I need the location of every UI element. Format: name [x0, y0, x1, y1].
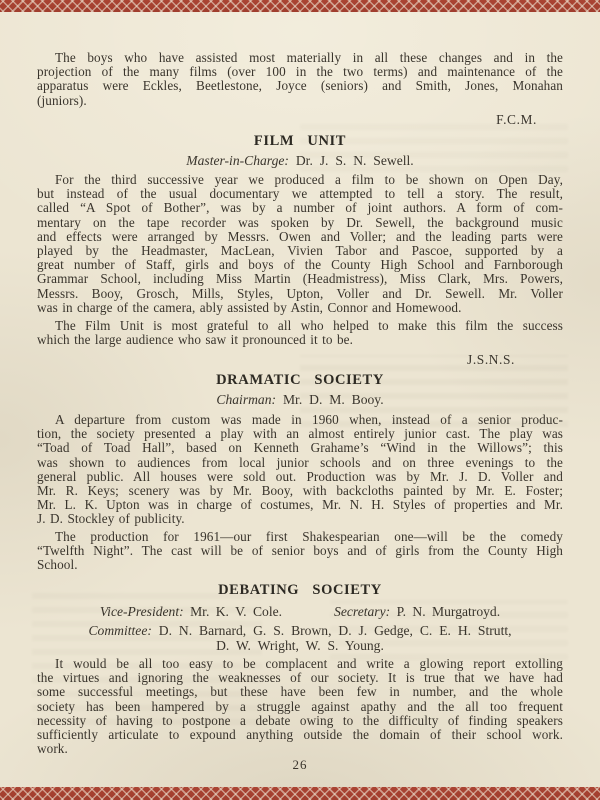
- film-unit-line: Grammar School, including Miss Martin (H…: [37, 272, 563, 286]
- dramatic-society-line: tion, the society presented a play with …: [37, 427, 563, 441]
- chairman-label: Chairman:: [216, 392, 276, 407]
- intro-line: (juniors).: [37, 94, 563, 108]
- dramatic-society-line: Mr. L. K. Upton was in charge of costume…: [37, 498, 563, 512]
- section-title-dramatic-society: DRAMATIC SOCIETY: [0, 373, 600, 388]
- debating-society-officers-line: Vice-President: Mr. K. V. Cole. Secretar…: [0, 605, 600, 620]
- dramatic-society-line: J. D. Stockley of publicity.: [37, 512, 563, 526]
- magazine-page: The boys who have assisted most material…: [0, 0, 600, 800]
- film-unit-line: was in charge of the camera, ably assist…: [37, 301, 563, 315]
- dramatic-society-paragraph-2: The production for 1961—our first Shakes…: [37, 530, 563, 573]
- dramatic-society-line: The production for 1961—our first Shakes…: [37, 530, 563, 544]
- debating-society-line: necessity of having to postpone a debate…: [37, 714, 563, 728]
- author-initials-jsns: J.S.N.S.: [37, 352, 563, 368]
- film-unit-master-line: Master-in-Charge: Dr. J. S. N. Sewell.: [0, 154, 600, 169]
- debating-society-paragraph: It would be all too easy to be complacen…: [37, 657, 563, 756]
- film-unit-line: which the large audience who saw it pron…: [37, 333, 563, 347]
- film-unit-line: Messrs. Booy, Grosch, Mills, Styles, Upt…: [37, 287, 563, 301]
- film-unit-paragraph-1: For the third successive year we produce…: [37, 173, 563, 315]
- secretary-name: P. N. Murgatroyd.: [397, 604, 501, 619]
- secretary-entry: Secretary: P. N. Murgatroyd.: [334, 605, 500, 620]
- section-title-debating-society: DEBATING SOCIETY: [0, 583, 600, 598]
- top-ornamental-border: [0, 0, 600, 12]
- master-in-charge-name: Dr. J. S. N. Sewell.: [296, 153, 414, 168]
- film-unit-line: The Film Unit is most grateful to all wh…: [37, 319, 563, 333]
- debating-society-line: some successful meetings, but these have…: [37, 685, 563, 699]
- dramatic-society-line: was shown to audiences from local junior…: [37, 456, 563, 470]
- debating-society-line: sufficiently articulate to expound anyth…: [37, 728, 563, 742]
- committee-line-2: D. W. Wright, W. S. Young.: [0, 639, 600, 654]
- debating-society-line: It would be all too easy to be complacen…: [37, 657, 563, 671]
- vice-president-entry: Vice-President: Mr. K. V. Cole.: [100, 605, 282, 620]
- film-unit-line: For the third successive year we produce…: [37, 173, 563, 187]
- section-title-film-unit: FILM UNIT: [0, 134, 600, 149]
- film-unit-line: called “A Spot of Bother”, was by a numb…: [37, 201, 563, 215]
- dramatic-society-paragraph-1: A departure from custom was made in 1960…: [37, 413, 563, 527]
- debating-society-line: the virtues and ignoring the weaknesses …: [37, 671, 563, 685]
- film-unit-line: mentary on the tape recorder was spoken …: [37, 216, 563, 230]
- intro-line: apparatus were Eckles, Beetlestone, Joyc…: [37, 79, 563, 93]
- author-initials-fcm: F.C.M.: [37, 112, 563, 128]
- dramatic-society-chairman-line: Chairman: Mr. D. M. Booy.: [0, 393, 600, 408]
- film-unit-line: great number of Staff, girls and boys of…: [37, 258, 563, 272]
- debating-society-line: work.: [37, 742, 563, 756]
- film-unit-paragraph-2: The Film Unit is most grateful to all wh…: [37, 319, 563, 347]
- dramatic-society-line: Mr. R. Keys; scenery was by Mr. Booy, wi…: [37, 484, 563, 498]
- chairman-name: Mr. D. M. Booy.: [283, 392, 384, 407]
- dramatic-society-line: A departure from custom was made in 1960…: [37, 413, 563, 427]
- dramatic-society-line: general public. All houses were sold out…: [37, 470, 563, 484]
- committee-label: Committee:: [88, 623, 151, 638]
- film-unit-line: played by the Headmaster, MacLean, Vivie…: [37, 244, 563, 258]
- intro-line: projection of the many films (over 100 i…: [37, 65, 563, 79]
- dramatic-society-line: “Twelfth Night”. The cast will be of sen…: [37, 544, 563, 558]
- intro-paragraph: The boys who have assisted most material…: [37, 51, 563, 108]
- bottom-ornamental-border: [0, 787, 600, 800]
- film-unit-line: but instead of the usual documentary we …: [37, 187, 563, 201]
- debating-society-line: society has been hampered by a struggle …: [37, 700, 563, 714]
- dramatic-society-line: “Toad of Toad Hall”, based on Kenneth Gr…: [37, 441, 563, 455]
- vice-president-label: Vice-President:: [100, 604, 184, 619]
- committee-names: D. N. Barnard, G. S. Brown, D. J. Gedge,…: [159, 623, 512, 638]
- intro-line: The boys who have assisted most material…: [37, 51, 563, 65]
- committee-line-1: Committee: D. N. Barnard, G. S. Brown, D…: [0, 624, 600, 639]
- film-unit-line: and effects were arranged by Messrs. Owe…: [37, 230, 563, 244]
- vice-president-name: Mr. K. V. Cole.: [190, 604, 282, 619]
- master-in-charge-label: Master-in-Charge:: [186, 153, 289, 168]
- secretary-label: Secretary:: [334, 604, 390, 619]
- page-number: 26: [0, 757, 600, 773]
- dramatic-society-line: School.: [37, 558, 563, 572]
